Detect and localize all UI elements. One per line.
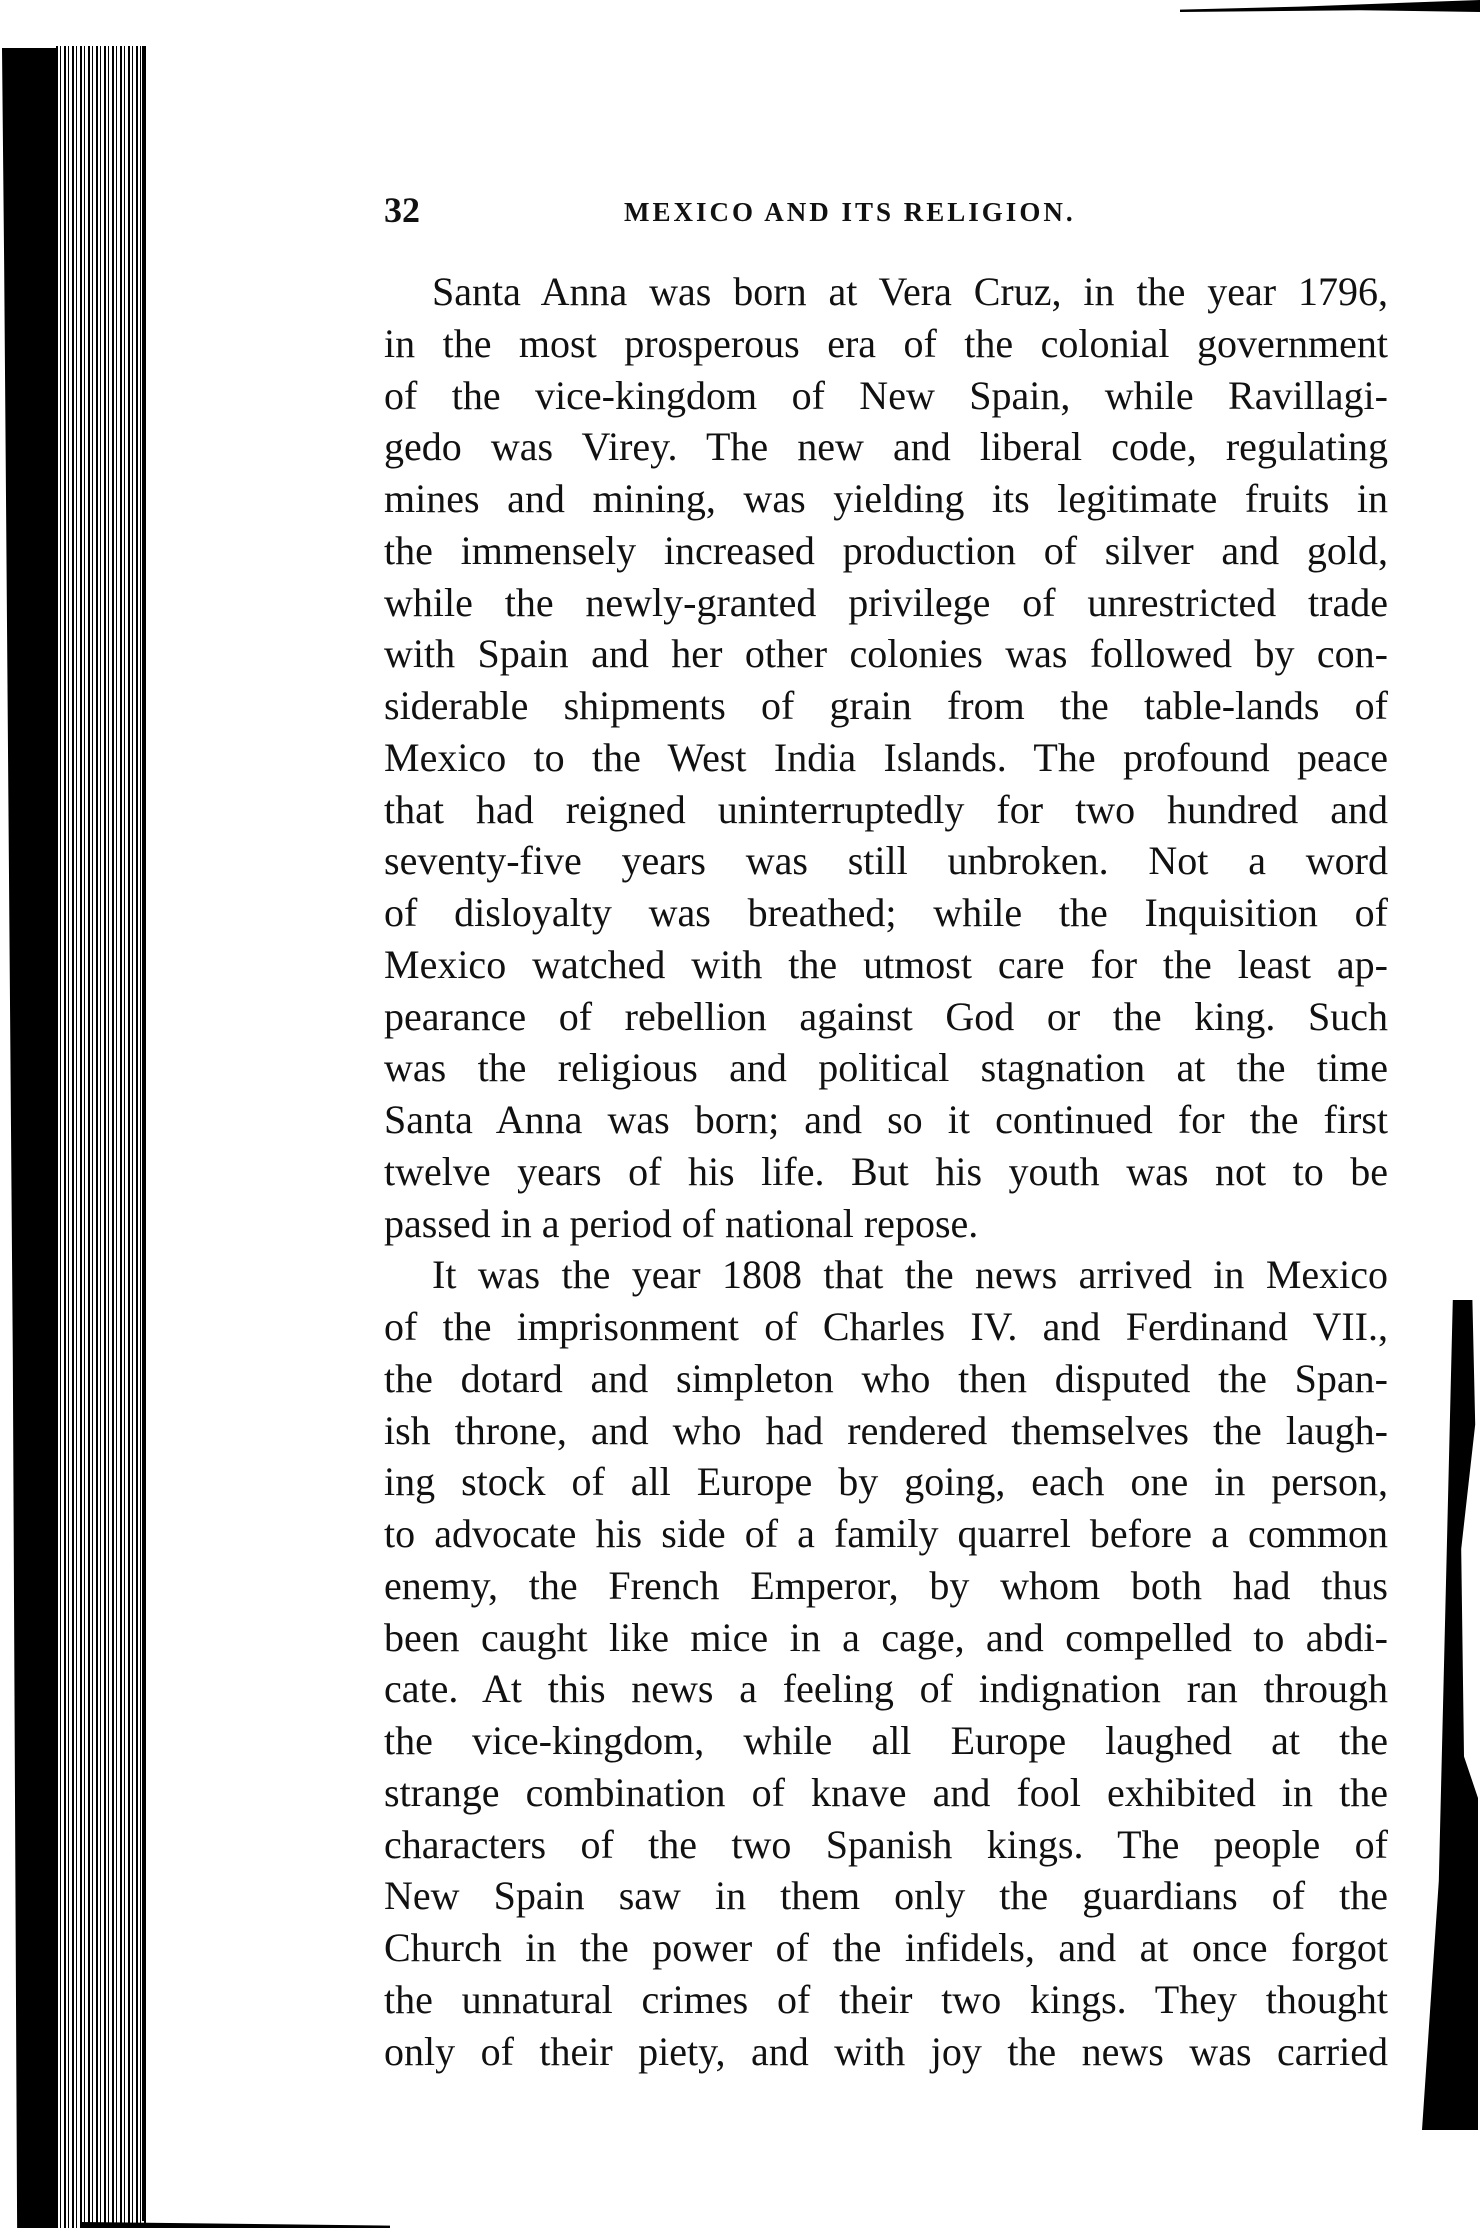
paragraph-2: It was the year 1808 that the news arriv… [384, 1249, 1388, 2077]
text-line: of the imprisonment of Charles IV. and F… [384, 1301, 1388, 1353]
text-line: Santa Anna was born at Vera Cruz, in the… [384, 266, 1388, 318]
text-line: to advocate his side of a family quarrel… [384, 1508, 1388, 1560]
text-line: Santa Anna was born; and so it continued… [384, 1094, 1388, 1146]
text-line: been caught like mice in a cage, and com… [384, 1612, 1388, 1664]
body-text: Santa Anna was born at Vera Cruz, in the… [384, 266, 1388, 2077]
text-line: gedo was Virey. The new and liberal code… [384, 421, 1388, 473]
book-page-edge-line [142, 46, 145, 2221]
text-line: Church in the power of the infidels, and… [384, 1922, 1388, 1974]
scan-right-edge-shadow [1422, 1300, 1478, 2130]
text-line: of the vice-kingdom of New Spain, while … [384, 370, 1388, 422]
book-bottom-edge [80, 2222, 390, 2228]
text-line: ish throne, and who had rendered themsel… [384, 1405, 1388, 1457]
scan-top-smudge [1180, 0, 1480, 12]
book-spine-shadow [2, 48, 56, 2228]
text-line: strange combination of knave and fool ex… [384, 1767, 1388, 1819]
paragraph-1: Santa Anna was born at Vera Cruz, in the… [384, 266, 1388, 1249]
text-line: with Spain and her other colonies was fo… [384, 628, 1388, 680]
text-line: enemy, the French Emperor, by whom both … [384, 1560, 1388, 1612]
text-line: passed in a period of national repose. [384, 1198, 1388, 1250]
text-line: in the most prosperous era of the coloni… [384, 318, 1388, 370]
text-line: It was the year 1808 that the news arriv… [384, 1249, 1388, 1301]
text-line: the dotard and simpleton who then disput… [384, 1353, 1388, 1405]
text-line: the unnatural crimes of their two kings.… [384, 1974, 1388, 2026]
text-line: mines and mining, was yielding its legit… [384, 473, 1388, 525]
text-line: twelve years of his life. But his youth … [384, 1146, 1388, 1198]
text-line: was the religious and political stagnati… [384, 1042, 1388, 1094]
text-line: Mexico watched with the utmost care for … [384, 939, 1388, 991]
text-line: seventy-five years was still unbroken. N… [384, 835, 1388, 887]
text-line: cate. At this news a feeling of indignat… [384, 1663, 1388, 1715]
text-line: of disloyalty was breathed; while the In… [384, 887, 1388, 939]
text-line: pearance of rebellion against God or the… [384, 991, 1388, 1043]
text-line: that had reigned uninterruptedly for two… [384, 784, 1388, 836]
text-line: siderable shipments of grain from the ta… [384, 680, 1388, 732]
text-line: the vice-kingdom, while all Europe laugh… [384, 1715, 1388, 1767]
text-line: New Spain saw in them only the guardians… [384, 1870, 1388, 1922]
text-line: characters of the two Spanish kings. The… [384, 1819, 1388, 1871]
text-line: while the newly-granted privilege of unr… [384, 577, 1388, 629]
text-line: only of their piety, and with joy the ne… [384, 2026, 1388, 2078]
running-head: 32 MEXICO AND ITS RELIGION. [384, 190, 1388, 230]
running-title: MEXICO AND ITS RELIGION. [624, 194, 1076, 230]
text-line: the immensely increased production of si… [384, 525, 1388, 577]
text-line: ing stock of all Europe by going, each o… [384, 1456, 1388, 1508]
text-line: Mexico to the West India Islands. The pr… [384, 732, 1388, 784]
page-number: 32 [384, 190, 420, 230]
book-page-edges [56, 46, 148, 2228]
